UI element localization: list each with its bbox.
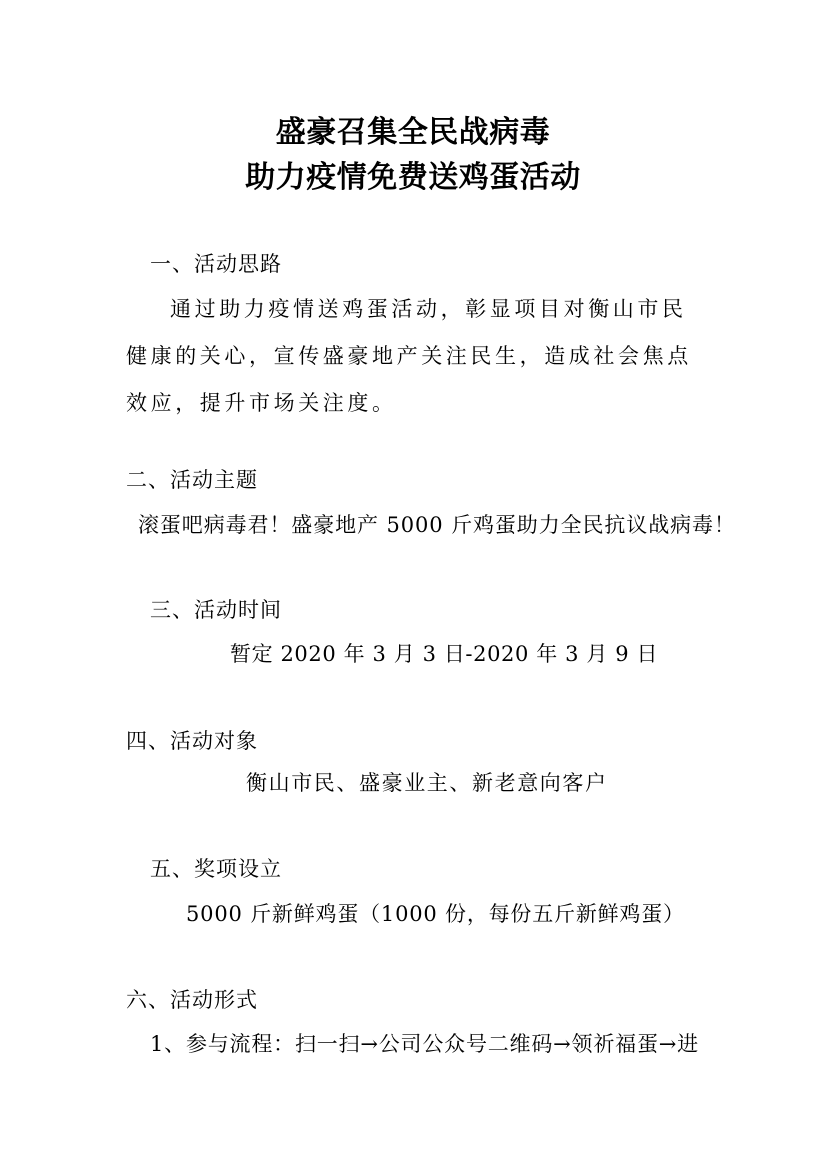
document-title-line-2: 助力疫情免费送鸡蛋活动 — [0, 163, 826, 193]
section-content-activity-form: 1、参与流程：扫一扫→公司公众号二维码→领祈福蛋→进 — [150, 1034, 699, 1055]
section-heading-activity-theme: 二、活动主题 — [126, 470, 258, 491]
section-content-activity-idea: 通过助力疫情送鸡蛋活动，彰显项目对衡山市民健康的关心，宣传盛豪地产关注民生，造成… — [126, 286, 711, 427]
section-content-activity-time: 暂定 2020 年 3 月 3 日-2020 年 3 月 9 日 — [230, 644, 658, 665]
section-content-activity-theme: 滚蛋吧病毒君！盛豪地产 5000 斤鸡蛋助力全民抗议战病毒！ — [138, 515, 736, 536]
section-heading-activity-idea: 一、活动思路 — [150, 254, 282, 275]
document-title-line-1: 盛豪召集全民战病毒 — [0, 118, 826, 148]
section-heading-activity-form: 六、活动形式 — [126, 990, 258, 1011]
section-heading-activity-time: 三、活动时间 — [150, 600, 282, 621]
section-heading-prize-setup: 五、奖项设立 — [150, 859, 282, 880]
document-page: 盛豪召集全民战病毒 助力疫情免费送鸡蛋活动 一、活动思路 通过助力疫情送鸡蛋活动… — [0, 0, 826, 1169]
section-content-prize-setup: 5000 斤新鲜鸡蛋（1000 份，每份五斤新鲜鸡蛋） — [186, 904, 685, 925]
section-heading-activity-target: 四、活动对象 — [126, 731, 258, 752]
section-content-activity-target: 衡山市民、盛豪业主、新老意向客户 — [246, 773, 608, 794]
